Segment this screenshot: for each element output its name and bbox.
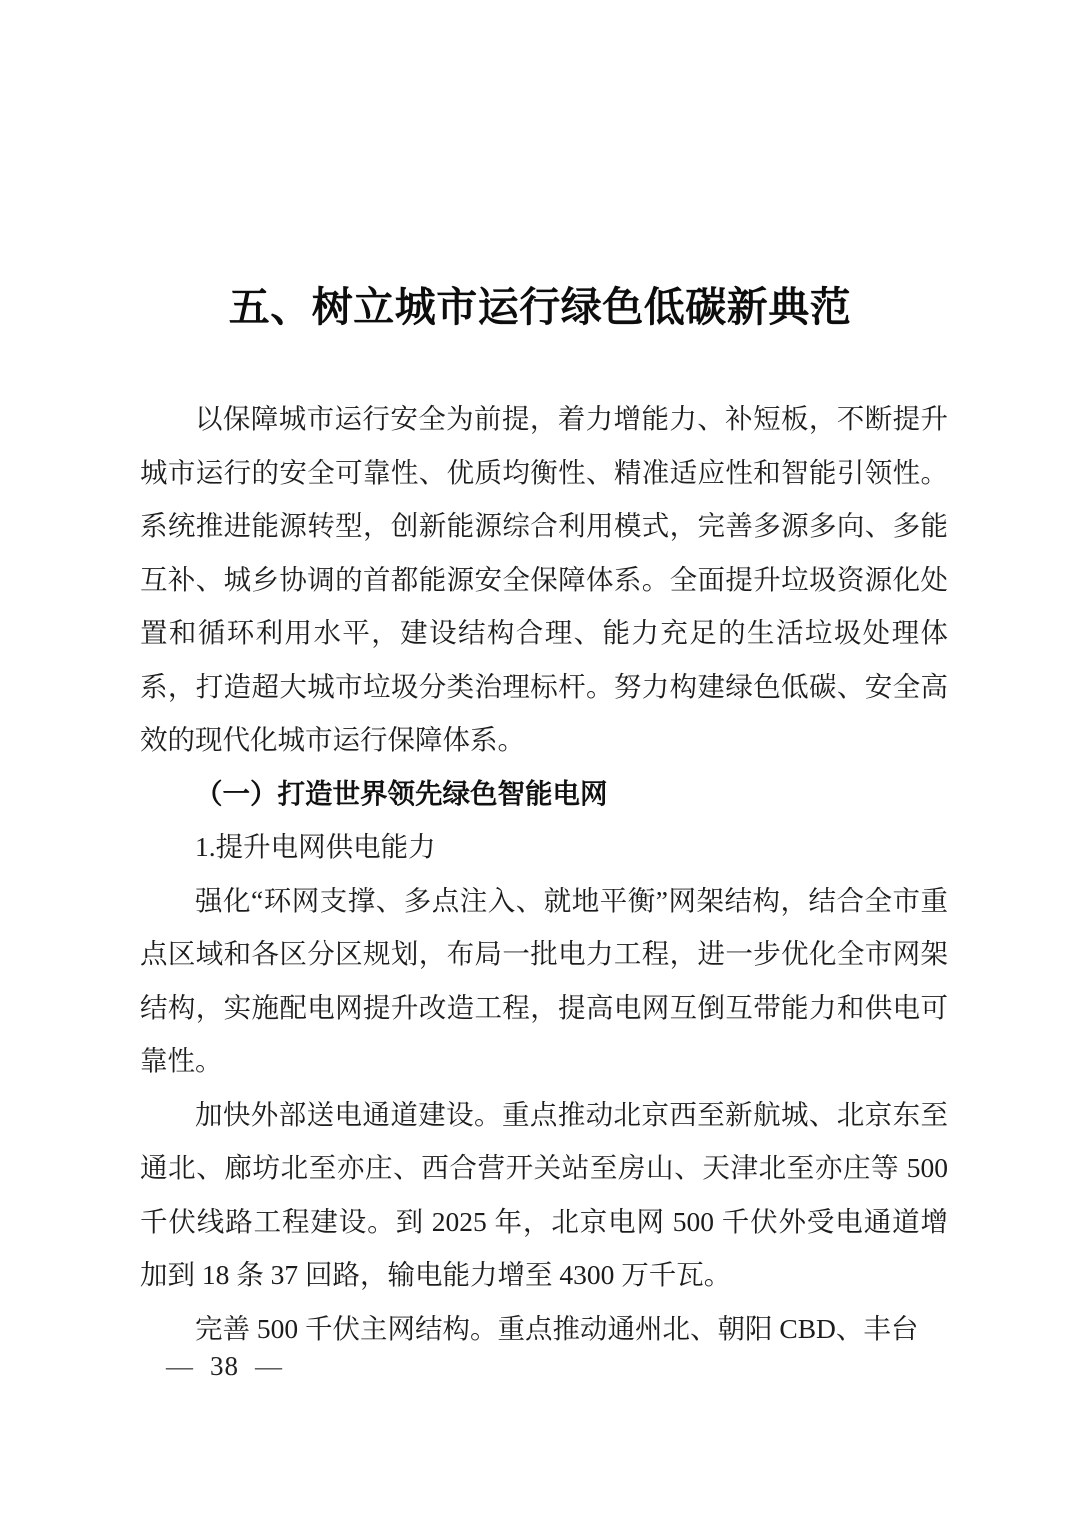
document-body: 以保障城市运行安全为前提，着力增能力、补短板，不断提升城市运行的安全可靠性、优质… — [0, 392, 1080, 1355]
footer-left-dash: — — [166, 1351, 194, 1381]
page-number: 38 — [210, 1350, 239, 1382]
page-footer: —38— — [166, 1350, 283, 1382]
chapter-title: 五、树立城市运行绿色低碳新典范 — [0, 0, 1080, 332]
footer-right-dash: — — [255, 1351, 283, 1381]
item-heading: 1.提升电网供电能力 — [140, 820, 948, 874]
paragraph-overview: 以保障城市运行安全为前提，着力增能力、补短板，不断提升城市运行的安全可靠性、优质… — [140, 392, 948, 767]
document-page: 五、树立城市运行绿色低碳新典范 以保障城市运行安全为前提，着力增能力、补短板，不… — [0, 0, 1080, 1527]
paragraph-external-power-channels: 加快外部送电通道建设。重点推动北京西至新航城、北京东至通北、廊坊北至亦庄、西合营… — [140, 1088, 948, 1302]
paragraph-grid-structure: 强化“环网支撑、多点注入、就地平衡”网架结构，结合全市重点区域和各区分区规划，布… — [140, 874, 948, 1088]
subsection-heading: （一）打造世界领先绿色智能电网 — [140, 767, 948, 821]
paragraph-main-grid: 完善 500 千伏主网结构。重点推动通州北、朝阳 CBD、丰台 — [140, 1302, 948, 1356]
